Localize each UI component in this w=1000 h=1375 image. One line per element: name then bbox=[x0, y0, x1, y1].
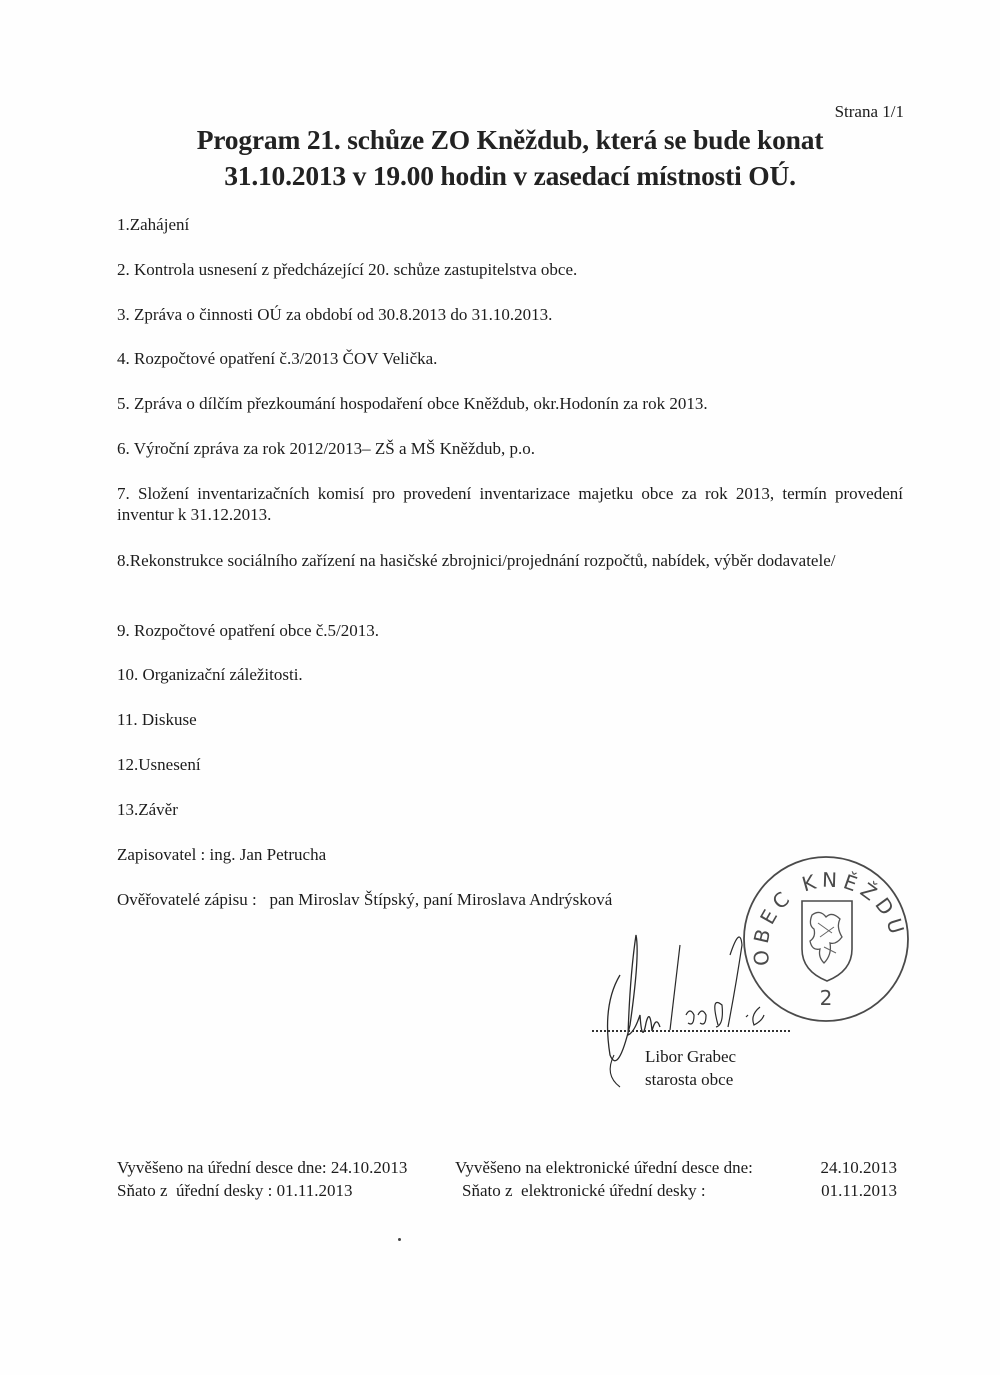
agenda-item-2: 2. Kontrola usnesení z předcházející 20.… bbox=[117, 259, 577, 280]
agenda-item-1: 1.Zahájení bbox=[117, 214, 189, 235]
posted-electronic-label: Vyvěšeno na elektronické úřední desce dn… bbox=[455, 1157, 753, 1178]
agenda-item-11: 11. Diskuse bbox=[117, 709, 197, 730]
agenda-item-10: 10. Organizační záležitosti. bbox=[117, 664, 303, 685]
agenda-item-4: 4. Rozpočtové opatření č.3/2013 ČOV Veli… bbox=[117, 348, 437, 369]
page-number: Strana 1/1 bbox=[835, 102, 904, 122]
removed-electronic-date: 01.11.2013 bbox=[821, 1180, 897, 1201]
recorder-line: Zapisovatel : ing. Jan Petrucha bbox=[117, 844, 326, 865]
agenda-item-7: 7. Složení inventarizačních komisí pro p… bbox=[117, 483, 903, 525]
posted-board: Vyvěšeno na úřední desce dne: 24.10.2013 bbox=[117, 1157, 407, 1178]
title-line-1: Program 21. schůze ZO Kněždub, která se … bbox=[110, 122, 910, 158]
scan-speck bbox=[398, 1238, 401, 1241]
signature-line bbox=[592, 1030, 790, 1032]
stamp-number: 2 bbox=[820, 986, 833, 1010]
document-title: Program 21. schůze ZO Kněždub, která se … bbox=[110, 122, 910, 194]
signer-role: starosta obce bbox=[645, 1069, 733, 1090]
signer-name: Libor Grabec bbox=[645, 1046, 736, 1067]
posted-electronic-date: 24.10.2013 bbox=[821, 1157, 898, 1178]
agenda-item-3: 3. Zpráva o činnosti OÚ za období od 30.… bbox=[117, 304, 552, 325]
agenda-item-6: 6. Výroční zpráva za rok 2012/2013– ZŠ a… bbox=[117, 438, 535, 459]
signature-icon bbox=[590, 915, 790, 1095]
agenda-item-9: 9. Rozpočtové opatření obce č.5/2013. bbox=[117, 620, 379, 641]
agenda-item-8: 8.Rekonstrukce sociálního zařízení na ha… bbox=[117, 550, 903, 571]
removed-electronic-label: Sňato z elektronické úřední desky : bbox=[462, 1180, 706, 1201]
verifiers-line: Ověřovatelé zápisu : pan Miroslav Štípsk… bbox=[117, 889, 612, 910]
agenda-item-12: 12.Usnesení bbox=[117, 754, 201, 775]
document-page: Strana 1/1 Program 21. schůze ZO Kněždub… bbox=[0, 0, 1000, 1375]
title-line-2: 31.10.2013 v 19.00 hodin v zasedací míst… bbox=[110, 158, 910, 194]
agenda-item-13: 13.Závěr bbox=[117, 799, 178, 820]
removed-board: Sňato z úřední desky : 01.11.2013 bbox=[117, 1180, 352, 1201]
agenda-item-5: 5. Zpráva o dílčím přezkoumání hospodaře… bbox=[117, 393, 708, 414]
